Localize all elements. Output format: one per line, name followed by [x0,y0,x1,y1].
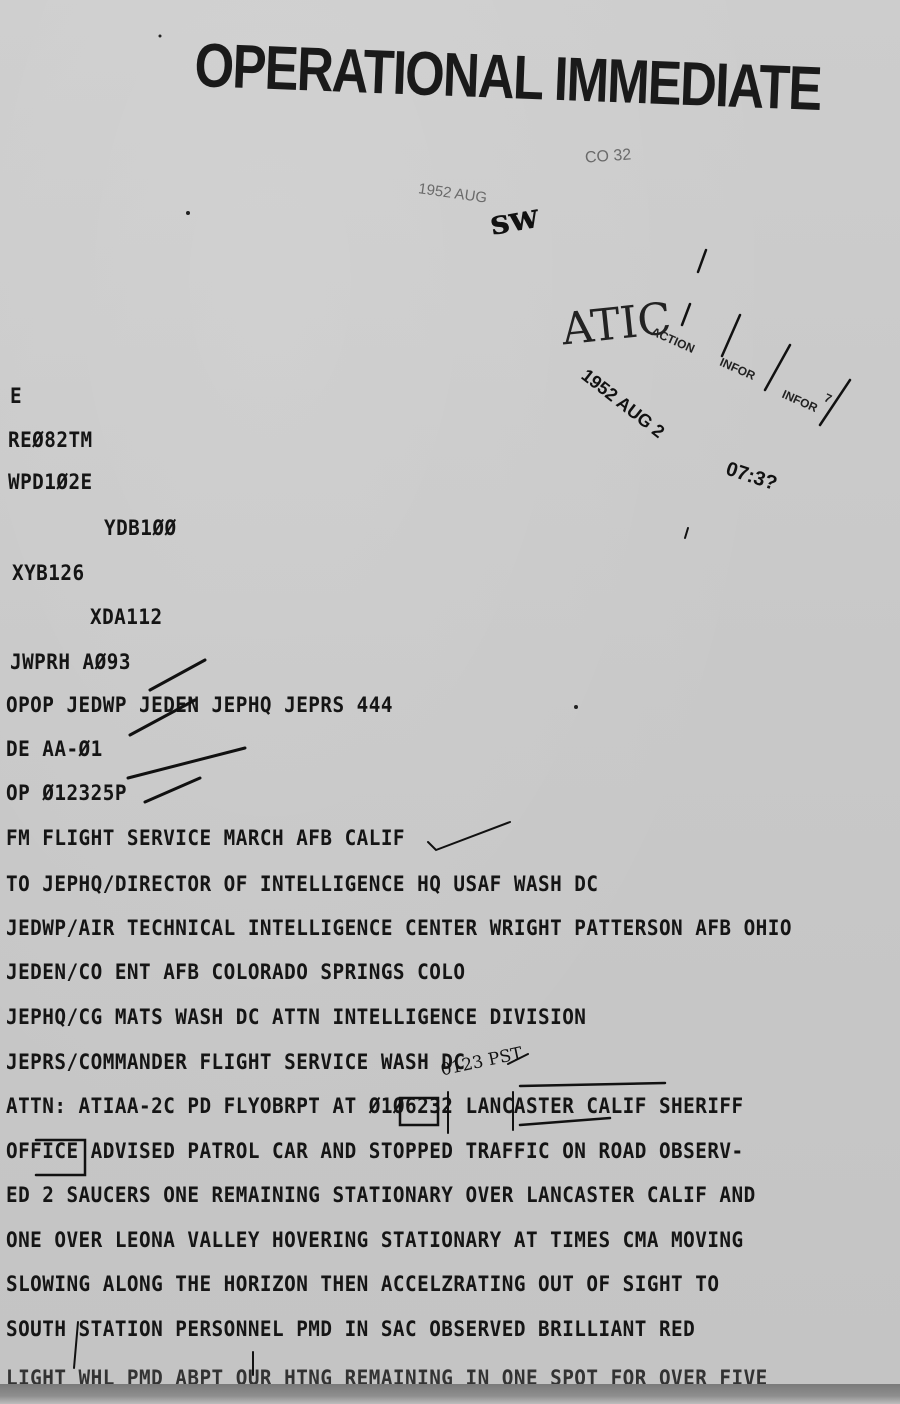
cutoff-line: LIGHT WHL PMD ABPT OUR HTNG REMAINING IN… [6,1366,768,1384]
to-line: TO JEPHQ/DIRECTOR OF INTELLIGENCE HQ USA… [6,872,598,896]
to-line: JEPRS/COMMANDER FLIGHT SERVICE WASH DC [6,1050,465,1074]
header-line: REØ82TM [8,428,93,452]
body-line: SLOWING ALONG THE HORIZON THEN ACCELZRAT… [6,1272,719,1296]
header-line: WPD1Ø2E [8,470,93,494]
header-line: YDB1ØØ [104,516,177,540]
routing-field-number: 7 [822,391,834,407]
header-line: E [10,384,22,408]
underline-mark [520,1118,610,1125]
pen-dot-mark [685,528,688,538]
routing-stamp-divider [682,304,690,325]
to-line: JEDEN/CO ENT AFB COLORADO SPRINGS COLO [6,960,465,984]
routing-stamp-divider [722,315,740,356]
pen-check-mark [145,778,200,802]
header-line: XYB126 [12,561,85,585]
ink-speck [159,35,162,38]
routing-stamp-divider [698,250,706,272]
from-line: FM FLIGHT SERVICE MARCH AFB CALIF [6,826,405,850]
routing-field-infor-1: INFOR [718,355,758,383]
body-line: ATTN: ATIAA-2C PD FLYOBRPT AT Ø1Ø6232 LA… [6,1094,744,1118]
body-line: ED 2 SAUCERS ONE REMAINING STATIONARY OV… [6,1183,756,1207]
routing-field-action: ACTION [649,324,697,355]
to-line: JEDWP/AIR TECHNICAL INTELLIGENCE CENTER … [6,916,792,940]
header-line: DE AA-Ø1 [6,737,103,761]
ink-speck [186,211,190,215]
to-line: JEPHQ/CG MATS WASH DC ATTN INTELLIGENCE … [6,1005,586,1029]
handwritten-initials: sw [487,196,542,244]
faint-code-stamp: CO 32 [584,146,631,167]
pen-check-mark [150,660,205,690]
ink-speck [574,705,578,709]
header-line: OP Ø12325P [6,781,127,805]
routing-field-infor-2: INFOR [780,387,820,415]
header-line: XDA112 [90,605,163,629]
body-line: ONE OVER LEONA VALLEY HOVERING STATIONAR… [6,1228,744,1252]
pen-check-mark [428,822,510,850]
body-line: SOUTH STATION PERSONNEL PMD IN SAC OBSER… [6,1317,695,1341]
underline-mark [520,1083,665,1086]
pen-check-mark [128,748,245,778]
header-line: OPOP JEDWP JEDEN JEPHQ JEPRS 444 [6,693,393,717]
teletype-document-page: OPERATIONAL IMMEDIATE 1952 AUG CO 32 sw … [0,0,900,1404]
header-line: JWPRH AØ93 [10,650,131,674]
scan-edge-shadow [0,1384,900,1404]
body-line: OFFICE ADVISED PATROL CAR AND STOPPED TR… [6,1139,744,1163]
precedence-stamp: OPERATIONAL IMMEDIATE [193,30,822,125]
cutoff-line-container: LIGHT WHL PMD ABPT OUR HTNG REMAINING IN… [0,1362,900,1384]
faint-year-stamp: 1952 AUG [417,180,488,206]
